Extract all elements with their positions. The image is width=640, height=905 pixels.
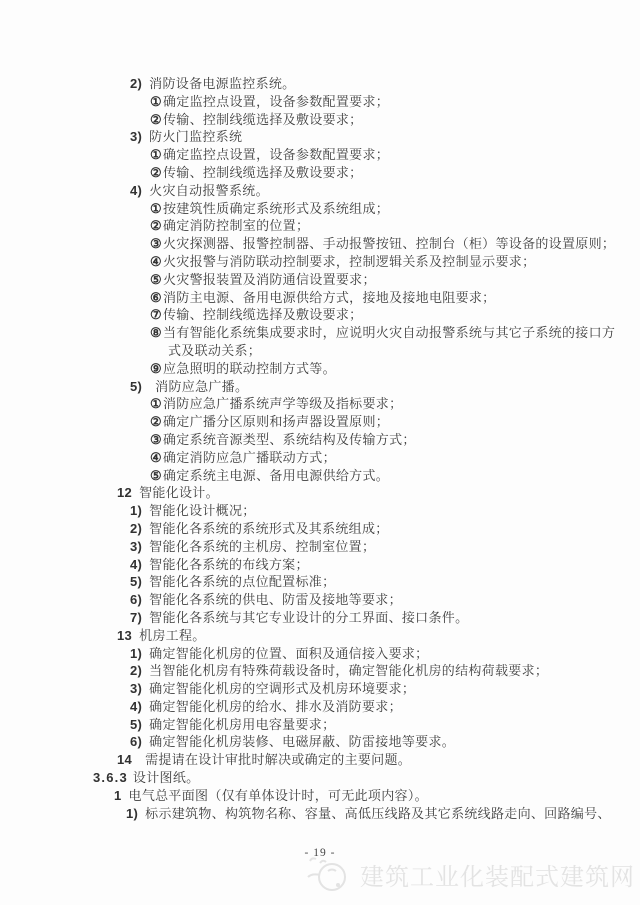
line-text: 式及联动关系；: [168, 343, 261, 358]
doc-line: 3)确定智能化机房的空调形式及机房环境要求；: [0, 680, 640, 698]
line-text: 机房工程。: [139, 628, 206, 643]
line-marker: 1: [114, 788, 122, 803]
line-text: 消防应急广播系统声学等级及指标要求；: [163, 396, 402, 411]
line-text: 消防主电源、备用电源供给方式，接地及接地电阻要求；: [163, 290, 496, 305]
line-marker: 7): [130, 610, 142, 625]
doc-line: ⑤确定系统主电源、备用电源供给方式。: [0, 467, 640, 485]
line-marker: 4): [130, 183, 142, 198]
line-text: 防火门监控系统: [149, 129, 242, 144]
doc-line: 5)确定智能化机房用电容量要求；: [0, 716, 640, 734]
line-text: 火灾探测器、报警控制器、手动报警按钮、控制台（柜）等设备的设置原则；: [163, 236, 615, 251]
line-marker: 3.6.3: [93, 770, 128, 785]
line-text: 火灾自动报警系统。: [149, 183, 269, 198]
line-marker: ③: [150, 432, 162, 447]
doc-line: ②传输、控制线缆选择及敷设要求；: [0, 164, 640, 182]
line-text: 智能化各系统的供电、防雷及接地等要求；: [149, 592, 402, 607]
doc-line: ②传输、控制线缆选择及敷设要求；: [0, 111, 640, 129]
line-marker: ⑤: [150, 272, 162, 287]
line-text: 传输、控制线缆选择及敷设要求；: [163, 307, 363, 322]
line-marker: ①: [150, 94, 162, 109]
line-text: 确定系统音源类型、系统结构及传输方式；: [163, 432, 416, 447]
line-text: 标示建筑物、构筑物名称、容量、高低压线路及其它系统线路走向、回路编号、: [145, 806, 611, 821]
line-marker: ②: [150, 414, 162, 429]
line-marker: ⑨: [150, 361, 162, 376]
line-text: 确定智能化机房的位置、面积及通信接入要求；: [149, 646, 428, 661]
line-marker: ①: [150, 147, 162, 162]
doc-line: 3.6.3设计图纸。: [0, 769, 640, 787]
line-text: 确定智能化机房的给水、排水及消防要求；: [149, 699, 402, 714]
line-text: 确定智能化机房的空调形式及机房环境要求；: [149, 681, 415, 696]
line-text: 当有智能化系统集成要求时，应说明火灾自动报警系统与其它子系统的接口方: [163, 325, 615, 340]
line-text: 火灾警报装置及消防通信设置要求；: [163, 272, 376, 287]
line-marker: 3): [130, 539, 142, 554]
doc-line: 4)确定智能化机房的给水、排水及消防要求；: [0, 698, 640, 716]
line-text: 设计图纸。: [133, 770, 200, 785]
line-marker: 5): [130, 717, 142, 732]
line-marker: ④: [150, 450, 162, 465]
watermark-text: 建筑工业化装配式建筑网: [360, 857, 635, 892]
line-text: 确定监控点设置，设备参数配置要求；: [163, 94, 389, 109]
doc-line: ⑨应急照明的联动控制方式等。: [0, 360, 640, 378]
doc-line: ⑥消防主电源、备用电源供给方式，接地及接地电阻要求；: [0, 289, 640, 307]
doc-line: 2)智能化各系统的系统形式及其系统组成；: [0, 520, 640, 538]
doc-line: 4)智能化各系统的布线方案；: [0, 556, 640, 574]
line-marker: 5): [130, 574, 142, 589]
line-text: 消防应急广播。: [155, 379, 248, 394]
line-marker: 5): [130, 379, 142, 394]
doc-line: 2)消防设备电源监控系统。: [0, 75, 640, 93]
line-text: 智能化各系统的系统形式及其系统组成；: [149, 521, 388, 536]
line-marker: 6): [130, 592, 142, 607]
line-marker: ②: [150, 218, 162, 233]
doc-line: 6)智能化各系统的供电、防雷及接地等要求；: [0, 591, 640, 609]
line-text: 需提请在设计审批时解决或确定的主要问题。: [145, 752, 411, 767]
line-marker: ⑥: [150, 290, 162, 305]
line-text: 确定广播分区原则和扬声器设置原则；: [163, 414, 389, 429]
doc-line: ①消防应急广播系统声学等级及指标要求；: [0, 395, 640, 413]
line-marker: 2): [130, 76, 142, 91]
line-text: 按建筑性质确定系统形式及系统组成；: [163, 201, 389, 216]
document-page: 2)消防设备电源监控系统。①确定监控点设置，设备参数配置要求；②传输、控制线缆选…: [0, 0, 640, 905]
line-marker: ①: [150, 201, 162, 216]
doc-line: 3)智能化各系统的主机房、控制室位置；: [0, 538, 640, 556]
doc-line: ②确定广播分区原则和扬声器设置原则；: [0, 413, 640, 431]
doc-line: 1)确定智能化机房的位置、面积及通信接入要求；: [0, 645, 640, 663]
line-marker: 3): [130, 129, 142, 144]
line-text: 确定智能化机房用电容量要求；: [149, 717, 335, 732]
line-marker: 6): [130, 734, 142, 749]
line-text: 确定消防控制室的位置；: [163, 218, 309, 233]
line-marker: 4): [130, 699, 142, 714]
line-marker: 1): [126, 806, 138, 821]
line-marker: ④: [150, 254, 162, 269]
line-marker: ②: [150, 165, 162, 180]
line-text: 智能化各系统与其它专业设计的分工界面、接口条件。: [149, 610, 468, 625]
line-marker: ③: [150, 236, 162, 251]
line-text: 消防设备电源监控系统。: [149, 76, 295, 91]
line-marker: ②: [150, 112, 162, 127]
doc-line: 1)标示建筑物、构筑物名称、容量、高低压线路及其它系统线路走向、回路编号、: [0, 805, 640, 823]
line-text: 智能化设计。: [139, 485, 219, 500]
doc-line: ③火灾探测器、报警控制器、手动报警按钮、控制台（柜）等设备的设置原则；: [0, 235, 640, 253]
line-text: 电气总平面图（仅有单体设计时，可无此项内容）。: [129, 788, 428, 803]
line-marker: 12: [117, 485, 132, 500]
doc-line: 3)防火门监控系统: [0, 128, 640, 146]
line-text: 智能化各系统的点位配置标准；: [149, 574, 335, 589]
line-text: 传输、控制线缆选择及敷设要求；: [163, 165, 363, 180]
doc-line: 式及联动关系；: [0, 342, 640, 360]
line-marker: ⑦: [150, 307, 162, 322]
line-marker: 1): [130, 646, 142, 661]
doc-line: 5)智能化各系统的点位配置标准；: [0, 573, 640, 591]
line-marker: 2): [130, 663, 142, 678]
line-marker: 4): [130, 557, 142, 572]
line-marker: 13: [117, 628, 132, 643]
line-marker: 14: [117, 752, 132, 767]
doc-line: 4)火灾自动报警系统。: [0, 182, 640, 200]
doc-line: ③确定系统音源类型、系统结构及传输方式；: [0, 431, 640, 449]
mascot-logo-icon: [302, 855, 356, 893]
line-text: 智能化各系统的主机房、控制室位置；: [149, 539, 375, 554]
doc-line: 6)确定智能化机房装修、电磁屏蔽、防雷接地等要求。: [0, 733, 640, 751]
line-marker: 2): [130, 521, 142, 536]
line-text: 确定智能化机房装修、电磁屏蔽、防雷接地等要求。: [149, 734, 455, 749]
line-text: 应急照明的联动控制方式等。: [163, 361, 336, 376]
line-marker: ⑧: [150, 325, 162, 340]
line-text: 智能化设计概况；: [149, 503, 255, 518]
doc-line: ①确定监控点设置，设备参数配置要求；: [0, 146, 640, 164]
doc-line: 5)消防应急广播。: [0, 378, 640, 396]
line-text: 确定监控点设置，设备参数配置要求；: [163, 147, 389, 162]
line-marker: ⑤: [150, 468, 162, 483]
line-text: 传输、控制线缆选择及敷设要求；: [163, 112, 363, 127]
doc-line: 1电气总平面图（仅有单体设计时，可无此项内容）。: [0, 787, 640, 805]
doc-line: 2)当智能化机房有特殊荷载设备时，确定智能化机房的结构荷载要求；: [0, 662, 640, 680]
doc-line: 7)智能化各系统与其它专业设计的分工界面、接口条件。: [0, 609, 640, 627]
document-body: 2)消防设备电源监控系统。①确定监控点设置，设备参数配置要求；②传输、控制线缆选…: [0, 75, 640, 822]
line-text: 智能化各系统的布线方案；: [149, 557, 309, 572]
doc-line: ⑧当有智能化系统集成要求时，应说明火灾自动报警系统与其它子系统的接口方: [0, 324, 640, 342]
line-marker: 1): [130, 503, 142, 518]
line-text: 确定系统主电源、备用电源供给方式。: [163, 468, 389, 483]
doc-line: 1)智能化设计概况；: [0, 502, 640, 520]
doc-line: ④火灾报警与消防联动控制要求，控制逻辑关系及控制显示要求；: [0, 253, 640, 271]
doc-line: 12智能化设计。: [0, 484, 640, 502]
line-text: 当智能化机房有特殊荷载设备时，确定智能化机房的结构荷载要求；: [149, 663, 548, 678]
line-marker: 3): [130, 681, 142, 696]
line-text: 确定消防应急广播联动方式；: [163, 450, 336, 465]
line-marker: ①: [150, 396, 162, 411]
doc-line: 14需提请在设计审批时解决或确定的主要问题。: [0, 751, 640, 769]
doc-line: ④确定消防应急广播联动方式；: [0, 449, 640, 467]
doc-line: ②确定消防控制室的位置；: [0, 217, 640, 235]
doc-line: 13机房工程。: [0, 627, 640, 645]
doc-line: ⑦传输、控制线缆选择及敷设要求；: [0, 306, 640, 324]
watermark: 建筑工业化装配式建筑网: [302, 855, 635, 893]
line-text: 火灾报警与消防联动控制要求，控制逻辑关系及控制显示要求；: [163, 254, 535, 269]
doc-line: ①按建筑性质确定系统形式及系统组成；: [0, 200, 640, 218]
doc-line: ⑤火灾警报装置及消防通信设置要求；: [0, 271, 640, 289]
doc-line: ①确定监控点设置，设备参数配置要求；: [0, 93, 640, 111]
